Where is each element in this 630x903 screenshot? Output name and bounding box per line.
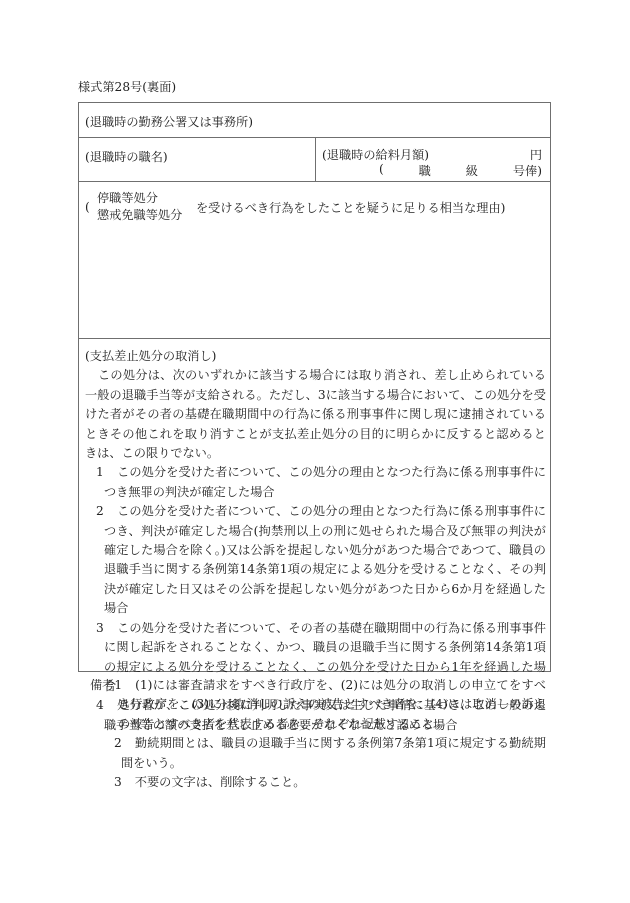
grade-step-label: 号俸) xyxy=(513,162,542,179)
note-text: (1)には審査請求をすべき行政庁を、(2)には処分の取消しの申立てをすべき行政庁… xyxy=(118,678,546,731)
grade-level-label: 級 xyxy=(466,162,478,179)
grade-class-label: 職 xyxy=(419,162,431,179)
office-label: (退職時の勤務公署又は事務所) xyxy=(85,113,253,130)
form-table: (退職時の勤務公署又は事務所) (退職時の職名) (退職時の給料月額) 円 ( … xyxy=(78,102,551,672)
salary-unit: 円 xyxy=(530,146,542,163)
condition-text: この処分を受けた者について、この処分の理由となつた行為に係る刑事事件につき無罪の… xyxy=(104,465,546,498)
position-label: (退職時の職名) xyxy=(85,148,168,165)
reason-label: を受けるべき行為をしたことを疑うに足りる相当な理由) xyxy=(196,199,505,216)
office-row: (退職時の勤務公署又は事務所) xyxy=(79,103,550,138)
condition-number: 1 xyxy=(96,463,104,482)
condition-item-2: 2この処分を受けた者について、この処分の理由となつた行為に係る刑事事件につき、判… xyxy=(85,502,546,618)
note-number: 2 xyxy=(114,734,122,753)
note-item-3: 3不要の文字は、削除すること。 xyxy=(90,773,546,792)
disposition-options: 停職等処分 懲戒免職等処分 xyxy=(97,190,182,224)
condition-number: 2 xyxy=(96,502,104,521)
note-item-2: 2勤続期間とは、職員の退職手当に関する条例第7条第1項に規定する勤続期間をいう。 xyxy=(90,734,546,773)
option-suspension: 停職等処分 xyxy=(97,190,182,207)
condition-number: 3 xyxy=(96,619,104,638)
reason-row: ( 停職等処分 懲戒免職等処分 を受けるべき行為をしたことを疑うに足りる相当な理… xyxy=(79,182,550,339)
salary-label: (退職時の給料月額) xyxy=(322,146,429,163)
condition-text: この処分を受けた者について、この処分の理由となつた行為に係る刑事事件につき、判決… xyxy=(104,504,546,615)
reason-open-paren: ( xyxy=(85,200,90,214)
position-salary-row: (退職時の職名) (退職時の給料月額) 円 ( 職 級 号俸) xyxy=(79,138,550,182)
cancellation-heading: (支払差止処分の取消し) xyxy=(85,347,546,366)
notes-section: 備考1(1)には審査請求をすべき行政庁を、(2)には処分の取消しの申立てをすべき… xyxy=(90,676,546,792)
condition-item-1: 1この処分を受けた者について、この処分の理由となつた行為に係る刑事事件につき無罪… xyxy=(85,463,546,502)
note-item-1: 備考1(1)には審査請求をすべき行政庁を、(2)には処分の取消しの申立てをすべき… xyxy=(90,676,546,734)
cancellation-row: (支払差止処分の取消し) この処分は、次のいずれかに該当する場合には取り消され、… xyxy=(79,339,550,672)
column-divider xyxy=(315,138,316,181)
option-disciplinary-dismissal: 懲戒免職等処分 xyxy=(97,207,182,224)
salary-grade: ( 職 級 号俸) xyxy=(379,162,542,179)
notes-label: 備考 xyxy=(90,676,114,695)
form-title: 様式第28号(裏面) xyxy=(78,78,176,95)
grade-open-paren: ( xyxy=(379,162,384,179)
note-number: 1 xyxy=(114,676,122,695)
note-text: 不要の文字は、削除すること。 xyxy=(135,775,306,789)
cancellation-intro: この処分は、次のいずれかに該当する場合には取り消され、差し止められている一般の退… xyxy=(85,366,546,463)
note-number: 3 xyxy=(114,773,122,792)
note-text: 勤続期間とは、職員の退職手当に関する条例第7条第1項に規定する勤続期間をいう。 xyxy=(121,736,546,769)
